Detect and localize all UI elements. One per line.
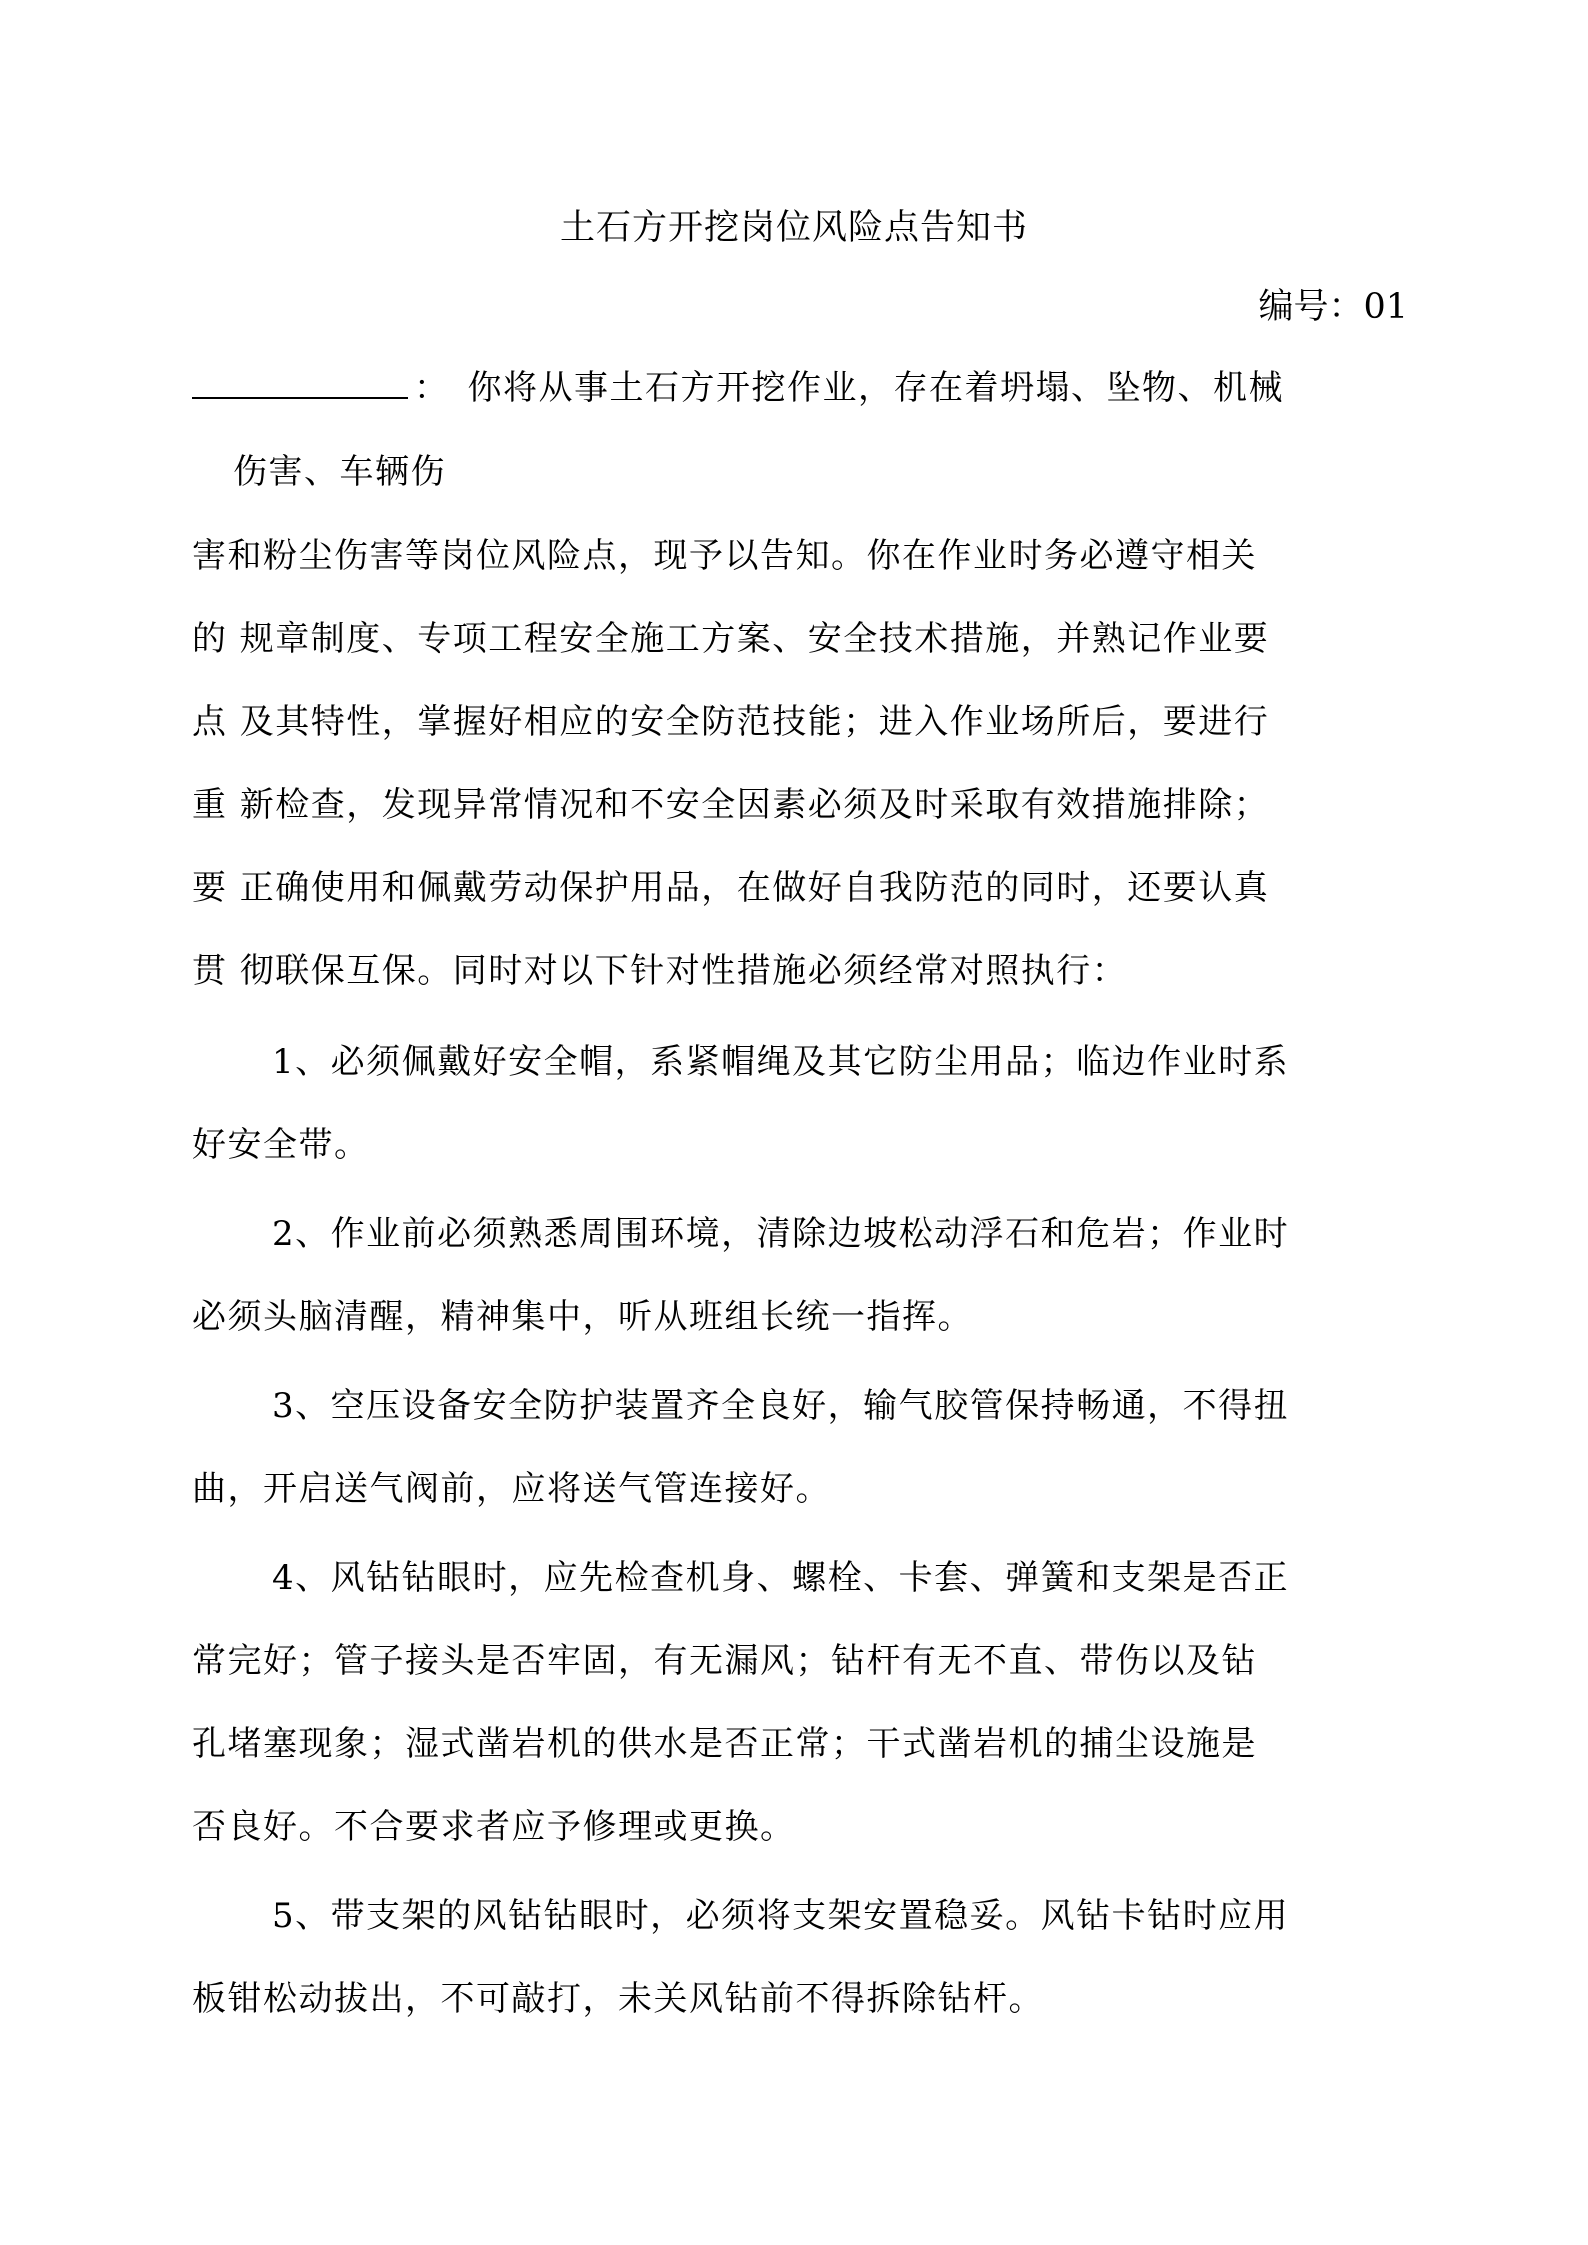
measure-item-1: 1、必须佩戴好安全帽，系紧帽绳及其它防尘用品；临边作业时系 (272, 1040, 1289, 1084)
document-number: 编号：01 (1258, 284, 1408, 330)
item-text: 风钻钻眼时，应先检查机身、螺栓、卡套、弹簧和支架是否正 (331, 1558, 1290, 1598)
measure-item-3-cont: 曲，开启送气阀前，应将送气管连接好。 (192, 1467, 831, 1511)
intro-line-3: 的 规章制度、专项工程安全施工方案、安全技术措施，并熟记作业要 (192, 617, 1269, 661)
item-text: 作业前必须熟悉周围环境，清除边坡松动浮石和危岩；作业时 (331, 1214, 1290, 1254)
item-text: 必须佩戴好安全帽，系紧帽绳及其它防尘用品；临边作业时系 (331, 1042, 1290, 1082)
document-title: 土石方开挖岗位风险点告知书 (0, 204, 1588, 252)
measure-item-4-cont-3: 否良好。不合要求者应予修理或更换。 (192, 1805, 796, 1849)
salutation-colon: ： (414, 368, 450, 408)
item-number: 3、 (272, 1386, 331, 1426)
measure-item-5: 5、带支架的风钻钻眼时，必须将支架安置稳妥。风钻卡钻时应用 (272, 1894, 1289, 1938)
item-text: 空压设备安全防护装置齐全良好，输气胶管保持畅通，不得扭 (331, 1386, 1290, 1426)
measure-item-5-cont: 板钳松动拔出，不可敲打，未关风钻前不得拆除钻杆。 (192, 1977, 1044, 2021)
document-number-value: 01 (1363, 287, 1408, 327)
intro-line-5: 重 新检查，发现异常情况和不安全因素必须及时采取有效措施排除； (192, 783, 1269, 827)
measure-item-3: 3、空压设备安全防护装置齐全良好，输气胶管保持畅通，不得扭 (272, 1384, 1289, 1428)
intro-line-2: 害和粉尘伤害等岗位风险点，现予以告知。你在作业时务必遵守相关 (192, 534, 1257, 578)
intro-line-1: 伤害、车辆伤 (233, 450, 446, 494)
intro-line-7: 贯 彻联保互保。同时对以下针对性措施必须经常对照执行： (192, 949, 1127, 993)
intro-line-6: 要 正确使用和佩戴劳动保护用品，在做好自我防范的同时，还要认真 (192, 866, 1269, 910)
measure-item-4-cont-1: 常完好；管子接头是否牢固，有无漏风；钻杆有无不直、带伤以及钻 (192, 1639, 1257, 1683)
name-blank-field[interactable] (192, 367, 408, 399)
measure-item-1-cont: 好安全带。 (192, 1123, 370, 1167)
item-number: 5、 (272, 1896, 331, 1936)
item-number: 1、 (272, 1042, 331, 1082)
intro-text: 你将从事土石方开挖作业，存在着坍塌、坠物、机械 (468, 368, 1285, 408)
item-number: 4、 (272, 1558, 331, 1598)
measure-item-4-cont-2: 孔堵塞现象；湿式凿岩机的供水是否正常；干式凿岩机的捕尘设施是 (192, 1722, 1257, 1766)
intro-line-4: 点 及其特性，掌握好相应的安全防范技能；进入作业场所后，要进行 (192, 700, 1269, 744)
item-number: 2、 (272, 1214, 331, 1254)
measure-item-2-cont: 必须头脑清醒，精神集中，听从班组长统一指挥。 (192, 1295, 973, 1339)
document-number-label: 编号： (1258, 287, 1363, 327)
measure-item-2: 2、作业前必须熟悉周围环境，清除边坡松动浮石和危岩；作业时 (272, 1212, 1289, 1256)
item-text: 带支架的风钻钻眼时，必须将支架安置稳妥。风钻卡钻时应用 (331, 1896, 1290, 1936)
measure-item-4: 4、风钻钻眼时，应先检查机身、螺栓、卡套、弹簧和支架是否正 (272, 1556, 1289, 1600)
intro-line-0: ：你将从事土石方开挖作业，存在着坍塌、坠物、机械 (192, 366, 1284, 410)
